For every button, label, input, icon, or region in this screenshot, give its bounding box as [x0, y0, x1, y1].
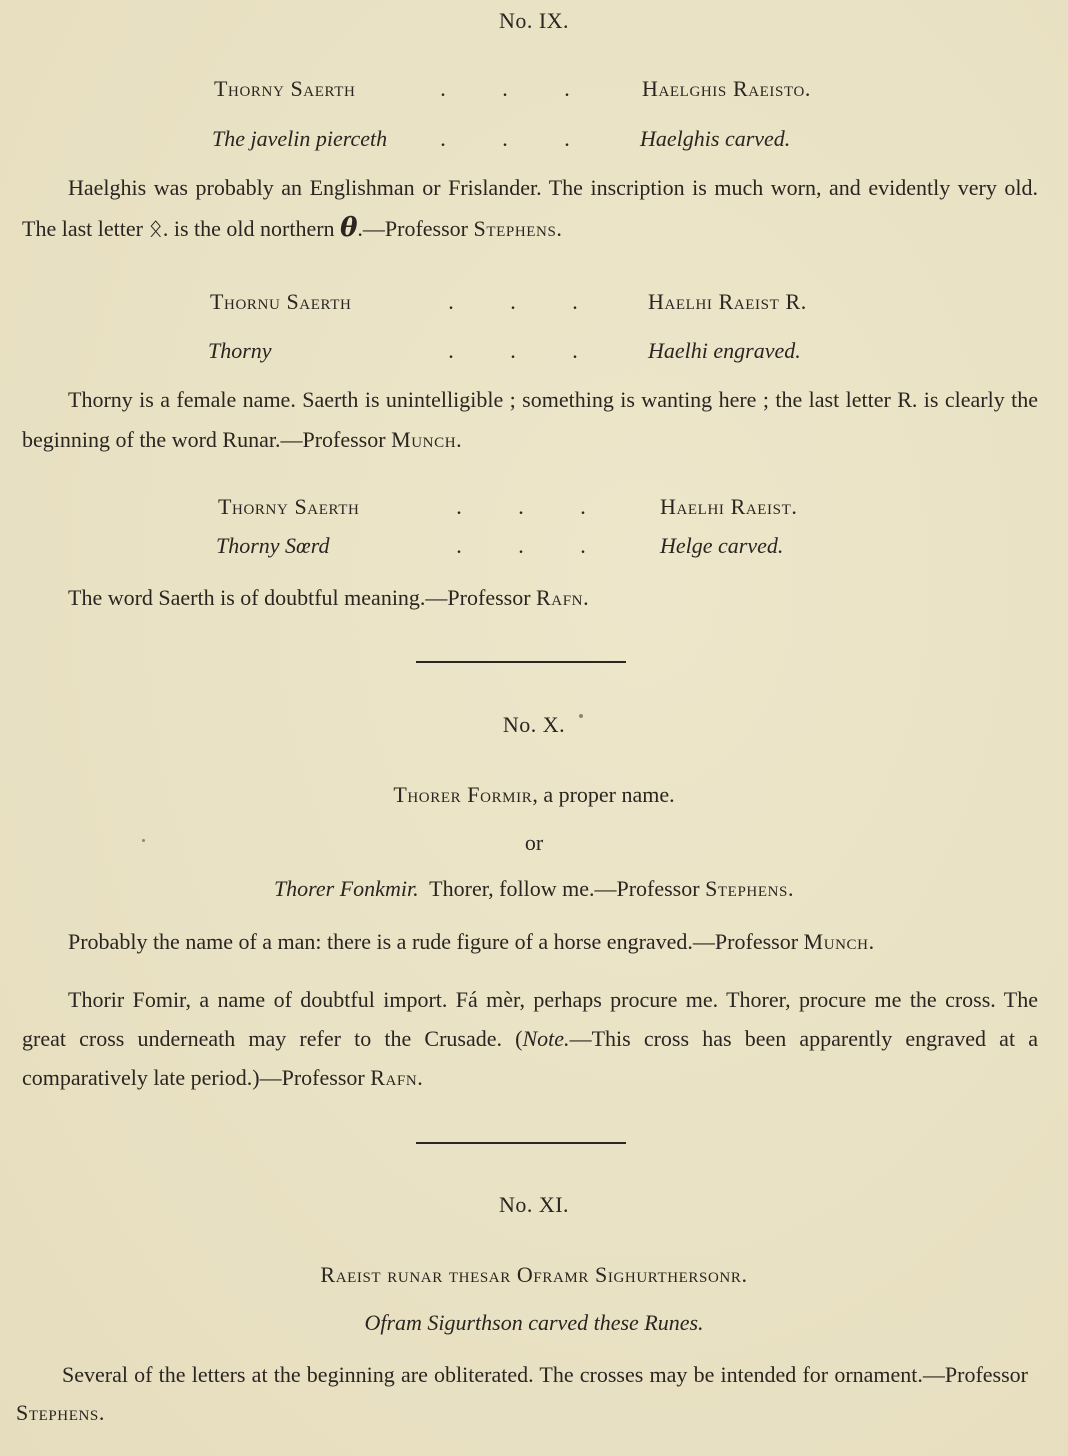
dot: .	[544, 289, 606, 315]
inscription-right: Haelhi Raeist.	[660, 494, 797, 520]
dot: .	[482, 338, 544, 364]
leader-dots: ...	[412, 76, 598, 102]
alternate-reading: Thorer Fonkmir. Thorer, follow me.—Profe…	[0, 876, 1068, 902]
leader-dots: ...	[412, 126, 598, 152]
inscription-note: , a proper name.	[532, 782, 674, 807]
dot: .	[490, 533, 552, 559]
leader-dots: ...	[420, 338, 606, 364]
author-name: Stephens.	[474, 216, 563, 241]
dot: .	[412, 126, 474, 152]
dot: .	[428, 494, 490, 520]
translation-right: Haelghis carved.	[640, 126, 790, 152]
translation-left: Thorny	[208, 338, 272, 364]
dot: .	[474, 76, 536, 102]
note-label: Note.	[523, 1026, 570, 1051]
commentary-paragraph: Thorir Fomir, a name of doubtful import.…	[22, 980, 1038, 1097]
commentary-paragraph: Several of the letters at the beginning …	[16, 1356, 1028, 1432]
section-divider	[416, 661, 626, 663]
commentary-paragraph: Probably the name of a man: there is a r…	[22, 922, 1038, 962]
dot: .	[536, 76, 598, 102]
alternate-translation: Thorer, follow me.—Professor	[419, 876, 706, 901]
dot: .	[412, 76, 474, 102]
dot: .	[544, 338, 606, 364]
othala-rune-glyph: ᛟ	[148, 214, 162, 242]
dot: .	[490, 494, 552, 520]
dot: .	[482, 289, 544, 315]
dot: .	[420, 338, 482, 364]
commentary-paragraph: Haelghis was probably an Englishman or F…	[22, 168, 1038, 249]
leader-dots: ...	[428, 533, 614, 559]
or-separator: or	[0, 830, 1068, 856]
section-divider	[416, 1142, 626, 1144]
inscription-line: Raeist runar thesar Oframr Sighurtherson…	[0, 1262, 1068, 1288]
commentary-paragraph: The word Saerth is of doubtful meaning.—…	[22, 578, 1038, 618]
inscription-name: Thorer Formir	[393, 782, 532, 807]
author-name: Stephens.	[16, 1400, 105, 1425]
dot: .	[552, 533, 614, 559]
commentary-text: . is the old northern	[163, 216, 340, 241]
dot: .	[420, 289, 482, 315]
dot: .	[552, 494, 614, 520]
section-heading-xi: No. XI.	[0, 1192, 1068, 1218]
commentary-text: The word Saerth is of doubtful meaning.—…	[68, 585, 536, 610]
section-heading-x: No. X.	[0, 712, 1068, 738]
leader-dots: ...	[428, 494, 614, 520]
commentary-text: Several of the letters at the beginning …	[62, 1362, 1028, 1387]
theta-glyph: θ	[340, 213, 357, 243]
translation-right: Haelhi engraved.	[648, 338, 801, 364]
author-name: Rafn.	[370, 1065, 423, 1090]
commentary-text: .—Professor	[357, 216, 473, 241]
inscription-left: Thorny Saerth	[214, 76, 355, 102]
author-name: Rafn.	[536, 585, 589, 610]
translation-right: Helge carved.	[660, 533, 783, 559]
dot: .	[536, 126, 598, 152]
inscription-line: Thorer Formir, a proper name.	[0, 782, 1068, 808]
commentary-text: Thorny is a female name. Saerth is unint…	[22, 387, 1038, 452]
translation-left: Thorny Sœrd	[216, 533, 329, 559]
alternate-name: Thorer Fonkmir.	[274, 876, 419, 901]
translation-left: The javelin pierceth	[212, 126, 387, 152]
author-name: Munch.	[391, 427, 462, 452]
author-name: Stephens.	[705, 876, 794, 901]
section-heading-ix: No. IX.	[0, 8, 1068, 34]
dot: .	[428, 533, 490, 559]
inscription-right: Haelhi Raeist R.	[648, 289, 807, 315]
inscription-right: Haelghis Raeisto.	[642, 76, 811, 102]
commentary-paragraph: Thorny is a female name. Saerth is unint…	[22, 380, 1038, 460]
inscription-left: Thornu Saerth	[210, 289, 351, 315]
commentary-text: Probably the name of a man: there is a r…	[68, 929, 804, 954]
leader-dots: ...	[420, 289, 606, 315]
inscription-left: Thorny Saerth	[218, 494, 359, 520]
print-speck	[579, 714, 583, 718]
translation-line: Ofram Sigurthson carved these Runes.	[0, 1310, 1068, 1336]
author-name: Munch.	[804, 929, 875, 954]
dot: .	[474, 126, 536, 152]
